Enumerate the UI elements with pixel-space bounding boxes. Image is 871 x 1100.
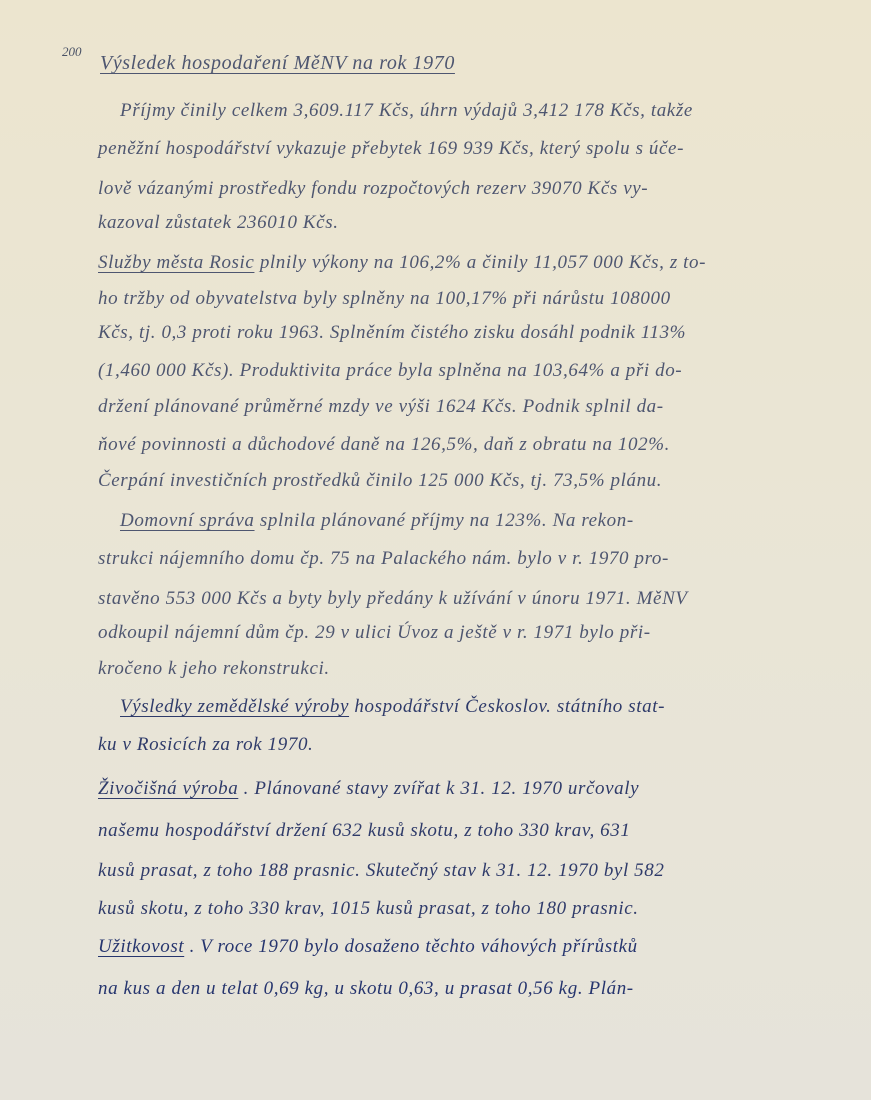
paragraph-services: Služby města Rosic plnily výkony na 106,… (98, 250, 818, 276)
text-line: ku v Rosicích za rok 1970. (98, 732, 818, 758)
document-page: 200 Výsledek hospodaření MěNV na rok 197… (0, 0, 871, 1100)
text-line: na kus a den u telat 0,69 kg, u skotu 0,… (98, 976, 818, 1002)
text-line: našemu hospodářství držení 632 kusů skot… (98, 818, 818, 844)
text-line: strukci nájemního domu čp. 75 na Palacké… (98, 546, 818, 572)
text-line: lově vázanými prostředky fondu rozpočtov… (98, 176, 818, 202)
text-line: hospodářství Českoslov. státního stat- (354, 696, 665, 717)
text-line: . V roce 1970 bylo dosaženo těchto váhov… (190, 936, 638, 957)
text-line: (1,460 000 Kčs). Produktivita práce byla… (98, 358, 818, 384)
text-line: . Plánované stavy zvířat k 31. 12. 1970 … (244, 778, 640, 799)
text-line: kusů skotu, z toho 330 krav, 1015 kusů p… (98, 896, 818, 922)
text-line: ňové povinnosti a důchodové daně na 126,… (98, 432, 818, 458)
text-line: kročeno k jeho rekonstrukci. (98, 656, 818, 682)
text-line: odkoupil nájemní dům čp. 29 v ulici Úvoz… (98, 620, 818, 646)
section-heading-sluzby: Služby města Rosic (98, 252, 254, 273)
text-line: Čerpání investičních prostředků činilo 1… (98, 468, 818, 494)
text-line: Kčs, tj. 0,3 proti roku 1963. Splněním č… (98, 320, 818, 346)
text-line: držení plánované průměrné mzdy ve výši 1… (98, 394, 818, 420)
section-heading-zemedelska-vyroba: Výsledky zemědělské výroby (120, 696, 349, 717)
paragraph-housing: Domovní správa splnila plánované příjmy … (120, 508, 840, 534)
text-line: kusů prasat, z toho 188 prasnic. Skutečn… (98, 858, 818, 884)
paragraph-productivity: Užitkovost . V roce 1970 bylo dosaženo t… (98, 934, 818, 960)
text-line: splnila plánované příjmy na 123%. Na rek… (260, 510, 634, 531)
section-heading-zivocisna-vyroba: Živočišná výroba (98, 778, 238, 799)
section-heading-domovni-sprava: Domovní správa (120, 510, 255, 531)
paragraph-agriculture: Výsledky zemědělské výroby hospodářství … (120, 694, 840, 720)
section-heading-uzitkovost: Užitkovost (98, 936, 184, 957)
text-line: plnily výkony na 106,2% a činily 11,057 … (260, 252, 706, 273)
text-line: peněžní hospodářství vykazuje přebytek 1… (98, 136, 818, 162)
text-line: ho tržby od obyvatelstva byly splněny na… (98, 286, 818, 312)
text-line: Příjmy činily celkem 3,609.117 Kčs, úhrn… (120, 98, 840, 124)
text-line: kazoval zůstatek 236010 Kčs. (98, 210, 818, 236)
paragraph-livestock: Živočišná výroba . Plánované stavy zvířa… (98, 776, 818, 802)
page-title: Výsledek hospodaření MěNV na rok 1970 (100, 50, 820, 76)
text-line: stavěno 553 000 Kčs a byty byly předány … (98, 586, 818, 612)
page-number: 200 (62, 44, 82, 60)
